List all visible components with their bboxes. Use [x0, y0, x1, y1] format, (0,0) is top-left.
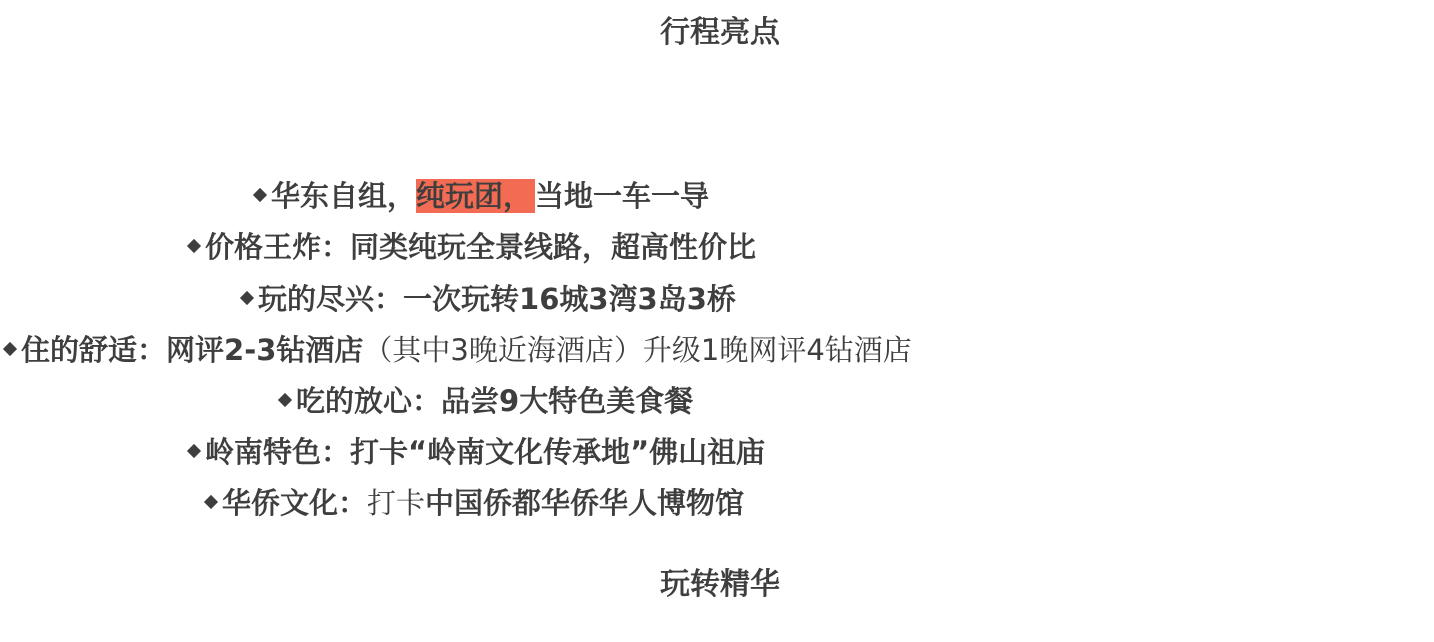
highlight-item-group-tour: 华东自组，纯玩团，当地一车一导 — [250, 176, 709, 216]
highlight-text: 当地一车一导 — [535, 179, 709, 213]
highlight-label: 价格王炸： — [205, 230, 350, 264]
highlight-item-accommodation: 住的舒适：网评2-3钻酒店（其中3晚近海酒店）升级1晚网评4钻酒店 — [0, 330, 912, 370]
highlight-text-bold: 中国侨都华侨华人博物馆 — [425, 486, 744, 520]
highlight-text: 同类纯玩全景线路，超高性价比 — [350, 230, 756, 264]
highlight-text: 一次玩转16城3湾3岛3桥 — [403, 282, 736, 316]
diamond-bullet-icon — [3, 342, 17, 356]
highlight-label: 岭南特色： — [205, 435, 350, 469]
diamond-bullet-icon — [278, 393, 292, 407]
diamond-bullet-icon — [253, 188, 267, 202]
highlight-text: 品尝9大特色美食餐 — [441, 384, 693, 418]
highlight-item-food: 吃的放心：品尝9大特色美食餐 — [275, 381, 693, 421]
diamond-bullet-icon — [204, 495, 218, 509]
highlight-text-bold: 网评2-3钻酒店 — [166, 333, 363, 367]
section-title-itinerary-highlights: 行程亮点 — [0, 13, 1434, 53]
highlight-item-overseas-chinese: 华侨文化：打卡中国侨都华侨华人博物馆 — [201, 483, 744, 523]
highlight-item-play: 玩的尽兴：一次玩转16城3湾3岛3桥 — [237, 279, 736, 319]
highlight-label: 华侨文化： — [222, 486, 367, 520]
highlight-label: 吃的放心： — [296, 384, 441, 418]
highlight-item-lingnan: 岭南特色：打卡“岭南文化传承地”佛山祖庙 — [184, 432, 765, 472]
highlight-item-price: 价格王炸：同类纯玩全景线路，超高性价比 — [184, 227, 756, 267]
diamond-bullet-icon — [240, 291, 254, 305]
section-title-essence: 玩转精华 — [0, 565, 1434, 605]
highlight-label: 住的舒适： — [21, 333, 166, 367]
highlight-label: 华东自组， — [271, 179, 416, 213]
highlighted-text: 纯玩团， — [416, 179, 535, 213]
diamond-bullet-icon — [187, 444, 201, 458]
highlight-text: 打卡“岭南文化传承地”佛山祖庙 — [350, 435, 765, 469]
highlight-text-normal: （其中3晚近海酒店）升级1晚网评4钻酒店 — [363, 333, 911, 367]
highlight-label: 玩的尽兴： — [258, 282, 403, 316]
highlight-text-normal: 打卡 — [367, 486, 425, 520]
diamond-bullet-icon — [187, 239, 201, 253]
